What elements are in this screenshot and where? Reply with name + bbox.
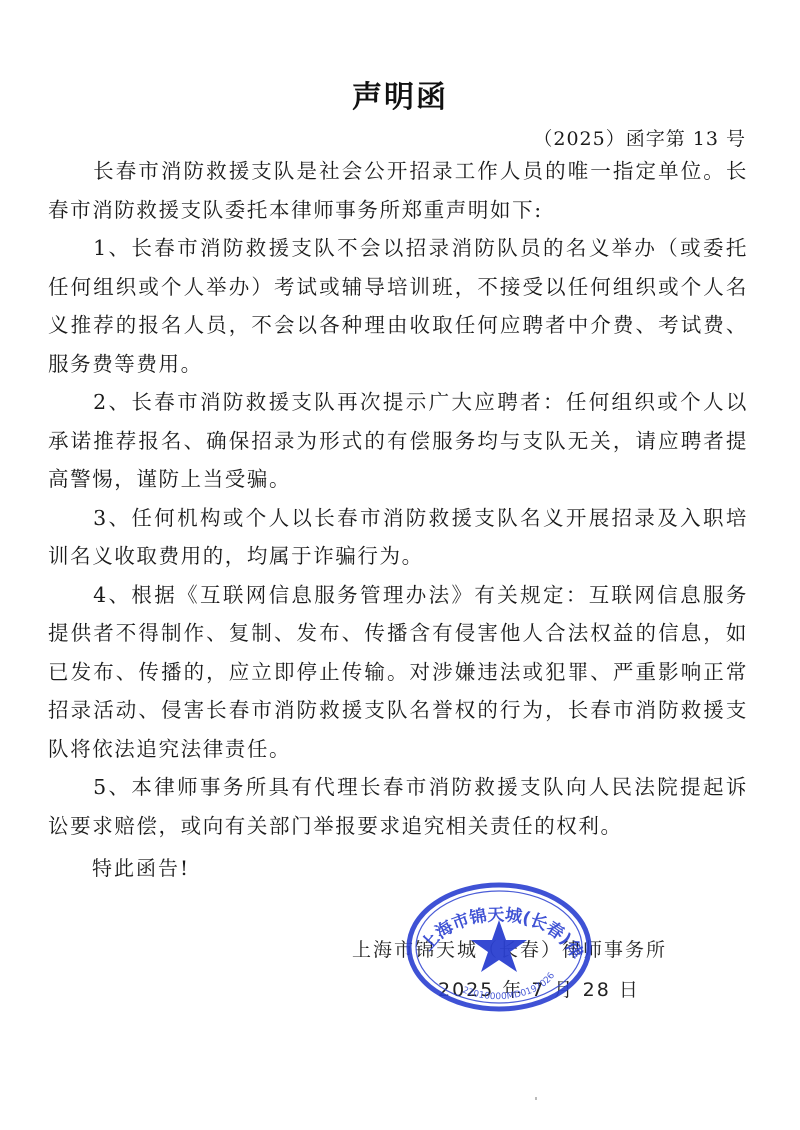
- closing-remark: 特此函告!: [92, 852, 190, 881]
- scan-artifact: [535, 1097, 537, 1100]
- paragraph-item-2: 2、长春市消防救援支队再次提示广大应聘者：任何组织或个人以承诺推荐报名、确保招录…: [48, 383, 748, 499]
- paragraph-item-4: 4、根据《互联网信息服务管理办法》有关规定：互联网信息服务提供者不得制作、复制、…: [48, 576, 748, 769]
- paragraph-item-5: 5、本律师事务所具有代理长春市消防救援支队向人民法院提起诉讼要求赔偿，或向有关部…: [48, 768, 748, 845]
- paragraph-item-3: 3、任何机构或个人以长春市消防救援支队名义开展招录及入职培训名义收取费用的，均属…: [48, 499, 748, 576]
- paragraph-item-1: 1、长春市消防救援支队不会以招录消防队员的名义举办（或委托任何组织或个人举办）考…: [48, 229, 748, 383]
- paragraph-intro: 长春市消防救援支队是社会公开招录工作人员的唯一指定单位。长春市消防救援支队委托本…: [48, 152, 748, 229]
- document-title: 声明函: [0, 72, 800, 116]
- document-number: （2025）函字第 13 号: [533, 124, 746, 151]
- document-page: 声明函 （2025）函字第 13 号 长春市消防救援支队是社会公开招录工作人员的…: [0, 0, 800, 1130]
- document-body: 长春市消防救援支队是社会公开招录工作人员的唯一指定单位。长春市消防救援支队委托本…: [48, 152, 748, 845]
- signature-date: 2025 年 7 月 28 日: [438, 975, 640, 1002]
- signature-firm: 上海市锦天城（长春）律师事务所: [352, 935, 667, 962]
